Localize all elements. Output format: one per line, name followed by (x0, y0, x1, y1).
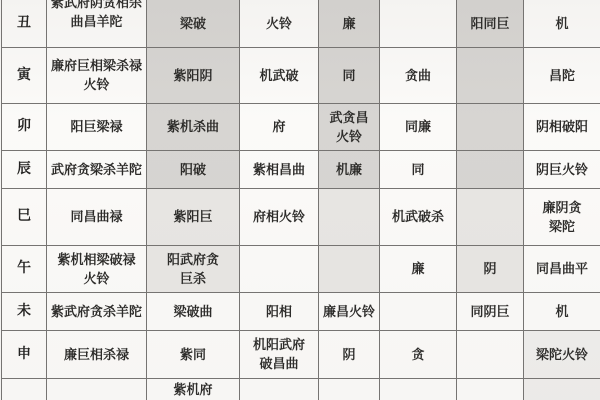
star-cell (457, 150, 524, 188)
star-cell: 机武破杀 (380, 188, 457, 245)
star-cell: 紫阳阴 (147, 47, 240, 103)
star-cell: 紫武府贪杀羊陀 (47, 292, 147, 330)
star-cell: 机 (524, 292, 600, 330)
star-cell: 紫机相梁破禄 火铃 (47, 245, 147, 292)
star-cell: 火铃 (240, 0, 319, 47)
star-cell: 阳武府贪 巨杀 (147, 245, 240, 292)
star-cell: 廉 (319, 0, 380, 47)
star-cell: 阴巨火铃 (524, 150, 600, 188)
star-cell: 紫相昌曲 (240, 150, 319, 188)
branch-cell: 未 (2, 292, 47, 330)
star-cell (524, 378, 600, 400)
table-row: 辰 武府贪梁杀羊陀 阳破 紫相昌曲 机廉 同 阴巨火铃 (2, 150, 600, 188)
star-cell: 梁陀火铃 (524, 330, 600, 378)
star-cell (457, 188, 524, 245)
table-row: 午 紫机相梁破禄 火铃 阳武府贪 巨杀 廉 阴 同昌曲平 (2, 245, 600, 292)
star-cell: 紫同 (147, 330, 240, 378)
star-cell: 阴 (457, 245, 524, 292)
star-cell: 廉府巨相梁杀禄 火铃 (47, 47, 147, 103)
star-cell: 机 (524, 0, 600, 47)
star-cell: 阴相破阳 (524, 103, 600, 150)
star-cell: 机武破 (240, 47, 319, 103)
star-cell: 阴 (319, 330, 380, 378)
star-cell: 武府贪梁杀羊陀 (47, 150, 147, 188)
star-cell (457, 47, 524, 103)
star-cell: 贪曲 (380, 47, 457, 103)
star-cell (457, 103, 524, 150)
star-cell: 廉阴贪 梁陀 (524, 188, 600, 245)
star-cell: 阳破 (147, 150, 240, 188)
star-cell (319, 378, 380, 400)
star-cell (380, 378, 457, 400)
star-cell: 府相火铃 (240, 188, 319, 245)
star-cell: 府 (240, 103, 319, 150)
star-cell: 贪 (380, 330, 457, 378)
star-cell: 阳相 (240, 292, 319, 330)
star-cell: 同阴巨 (457, 292, 524, 330)
star-cell (457, 378, 524, 400)
star-cell: 梁破 (147, 0, 240, 47)
star-cell: 紫武府阴贪相杀 曲昌羊陀 (47, 0, 147, 47)
star-cell: 廉昌火铃 (319, 292, 380, 330)
branch-cell: 午 (2, 245, 47, 292)
star-cell: 阳巨梁禄 (47, 103, 147, 150)
branch-cell: 寅 (2, 47, 47, 103)
star-cell: 机廉 (319, 150, 380, 188)
table-row: 丑 紫武府阴贪相杀 曲昌羊陀 梁破 火铃 廉 阳同巨 机 (2, 0, 600, 47)
table-row: 未 紫武府贪杀羊陀 梁破曲 阳相 廉昌火铃 同阴巨 机 (2, 292, 600, 330)
star-cell: 廉 (380, 245, 457, 292)
branch-cell: 丑 (2, 0, 47, 47)
star-cell: 廉巨相杀禄 (47, 330, 147, 378)
star-cell (240, 378, 319, 400)
star-cell (319, 245, 380, 292)
star-table: 丑 紫武府阴贪相杀 曲昌羊陀 梁破 火铃 廉 阳同巨 机 寅 廉府巨相梁杀禄 火… (1, 0, 600, 400)
star-cell: 同昌曲平 (524, 245, 600, 292)
star-cell: 梁破曲 (147, 292, 240, 330)
star-cell: 阳同巨 (457, 0, 524, 47)
star-cell (240, 245, 319, 292)
branch-cell (2, 378, 47, 400)
star-cell (47, 378, 147, 400)
star-cell: 同 (319, 47, 380, 103)
star-cell: 同廉 (380, 103, 457, 150)
star-cell: 机阳武府 破昌曲 (240, 330, 319, 378)
star-cell (319, 188, 380, 245)
star-cell: 紫机杀曲 (147, 103, 240, 150)
star-cell: 紫阳巨 (147, 188, 240, 245)
table-row: 卯 阳巨梁禄 紫机杀曲 府 武贪昌 火铃 同廉 阴相破阳 (2, 103, 600, 150)
table-row: 申 廉巨相杀禄 紫同 机阳武府 破昌曲 阴 贪 梁陀火铃 (2, 330, 600, 378)
star-cell (380, 292, 457, 330)
branch-cell: 卯 (2, 103, 47, 150)
star-cell-text: 紫武府阴贪相杀 曲昌羊陀 (47, 0, 146, 31)
branch-cell: 申 (2, 330, 47, 378)
star-cell (457, 330, 524, 378)
branch-cell: 巳 (2, 188, 47, 245)
table-row: 巳 同昌曲禄 紫阳巨 府相火铃 机武破杀 廉阴贪 梁陀 (2, 188, 600, 245)
star-cell: 同昌曲禄 (47, 188, 147, 245)
branch-cell: 辰 (2, 150, 47, 188)
star-cell: 紫机府 (147, 378, 240, 400)
star-cell: 同 (380, 150, 457, 188)
star-cell: 武贪昌 火铃 (319, 103, 380, 150)
table-row: 寅 廉府巨相梁杀禄 火铃 紫阳阴 机武破 同 贪曲 昌陀 (2, 47, 600, 103)
table-row: 紫机府 (2, 378, 600, 400)
star-cell: 昌陀 (524, 47, 600, 103)
star-cell (380, 0, 457, 47)
